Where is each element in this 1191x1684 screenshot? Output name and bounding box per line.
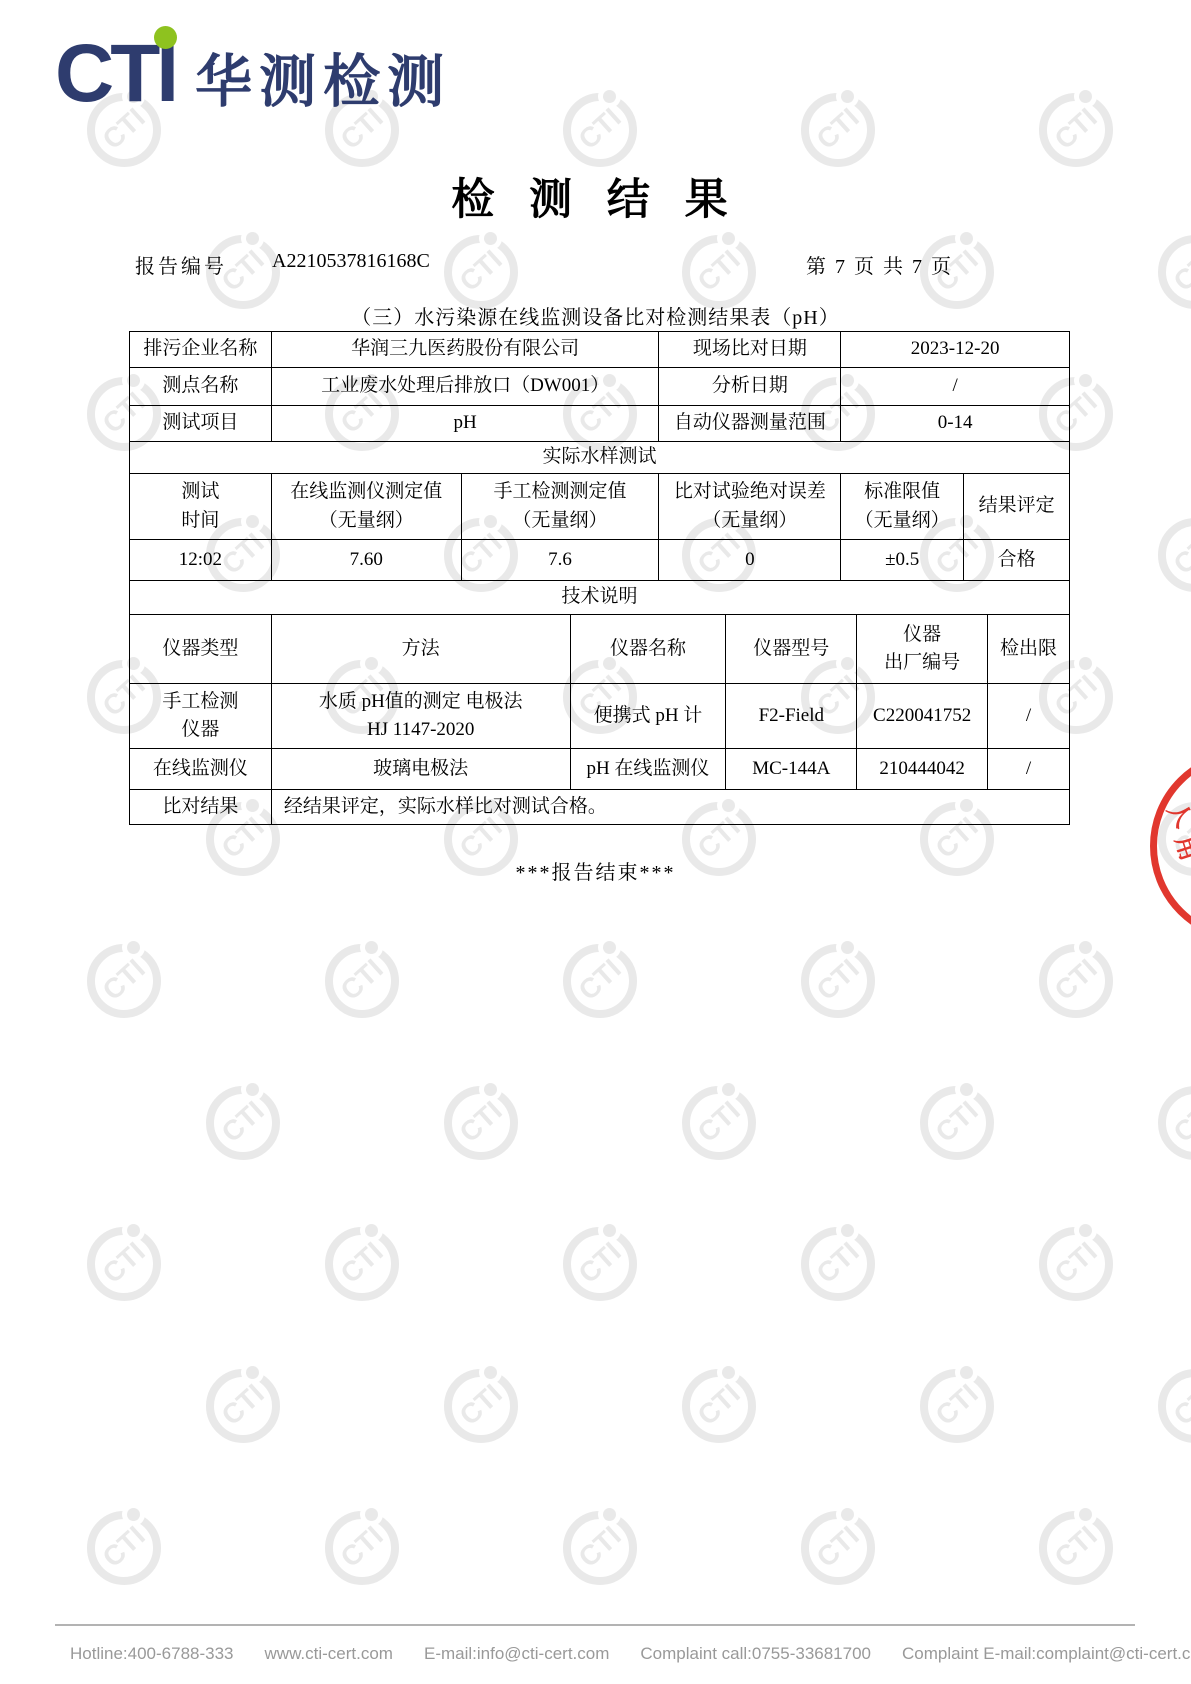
- column-header: 仪器型号: [725, 614, 856, 683]
- cti-logo-green-dot-icon: [154, 26, 177, 49]
- section-band: 技术说明: [129, 580, 1069, 614]
- report-number-value: A2210537816168C: [272, 250, 430, 273]
- comparison-result-label: 比对结果: [129, 789, 271, 824]
- info-label: 分析日期: [658, 367, 840, 405]
- info-label: 排污企业名称: [129, 331, 271, 367]
- info-value: 华润三九医药股份有限公司: [271, 331, 659, 367]
- online-value: 7.60: [271, 539, 461, 580]
- abs-error: 0: [658, 539, 840, 580]
- table-row: 测点名称 工业废水处理后排放口（DW001） 分析日期 /: [129, 367, 1069, 405]
- instrument-model: F2-Field: [725, 683, 856, 748]
- column-header: 检出限: [987, 614, 1069, 683]
- column-header: 手工检测测定值（无量纲）: [461, 473, 659, 539]
- table-row: 技术说明: [129, 580, 1069, 614]
- footer-complaint-call: Complaint call:0755-33681700: [640, 1644, 871, 1664]
- footer-divider: [55, 1624, 1135, 1626]
- section-band: 实际水样测试: [129, 441, 1069, 473]
- info-value: 0-14: [840, 405, 1069, 441]
- report-meta: 报告编号 A2210537816168C 第 7 页 共 7 页: [0, 250, 1191, 280]
- comparison-result-text: 经结果评定，实际水样比对测试合格。: [271, 789, 1069, 824]
- manual-value: 7.6: [461, 539, 659, 580]
- report-number-label: 报告编号: [135, 250, 227, 279]
- measure-time: 12:02: [129, 539, 271, 580]
- column-header: 标准限值（无量纲）: [840, 473, 963, 539]
- report-end-note: ***报告结束***: [0, 856, 1191, 885]
- info-label: 自动仪器测量范围: [658, 405, 840, 441]
- footer-website: www.cti-cert.com: [265, 1644, 393, 1664]
- instrument-serial: 210444042: [856, 748, 987, 789]
- table-row: 实际水样测试: [129, 441, 1069, 473]
- footer: Hotline:400-6788-333 www.cti-cert.com E-…: [70, 1644, 1150, 1664]
- cti-logo-text: CTI: [55, 34, 175, 114]
- column-header: 仪器类型: [129, 614, 271, 683]
- info-value: pH: [271, 405, 659, 441]
- table-row: 比对结果 经结果评定，实际水样比对测试合格。: [129, 789, 1069, 824]
- detection-limit: /: [987, 748, 1069, 789]
- detection-limit: /: [987, 683, 1069, 748]
- instrument-type: 在线监测仪: [129, 748, 271, 789]
- page-title: 检 测 结 果: [0, 166, 1191, 227]
- column-header: 比对试验绝对误差（无量纲）: [658, 473, 840, 539]
- column-header: 仪器名称: [570, 614, 726, 683]
- table-title: （三）水污染源在线监测设备比对检测结果表（pH）: [0, 301, 1191, 330]
- info-label: 现场比对日期: [658, 331, 840, 367]
- info-value: /: [840, 367, 1069, 405]
- method: 水质 pH值的测定 电极法HJ 1147-2020: [271, 683, 570, 748]
- column-header: 仪器出厂编号: [856, 614, 987, 683]
- instrument-name: 便携式 pH 计: [570, 683, 726, 748]
- report-content: CTI 华测检测 检 测 结 果 报告编号 A2210537816168C 第 …: [0, 0, 1191, 1684]
- footer-email: E-mail:info@cti-cert.com: [424, 1644, 609, 1664]
- result-verdict: 合格: [963, 539, 1069, 580]
- table-row: 排污企业名称 华润三九医药股份有限公司 现场比对日期 2023-12-20: [129, 331, 1069, 367]
- red-seal-stamp: 人 用: [1150, 750, 1191, 942]
- instrument-name: pH 在线监测仪: [570, 748, 726, 789]
- info-label: 测试项目: [129, 405, 271, 441]
- page-indicator: 第 7 页 共 7 页: [806, 250, 953, 279]
- footer-complaint-email: Complaint E-mail:complaint@cti-cert.com: [902, 1644, 1191, 1664]
- column-header: 测试时间: [129, 473, 271, 539]
- info-value: 2023-12-20: [840, 331, 1069, 367]
- info-value: 工业废水处理后排放口（DW001）: [271, 367, 659, 405]
- instrument-model: MC-144A: [725, 748, 856, 789]
- instrument-type: 手工检测仪器: [129, 683, 271, 748]
- column-header: 方法: [271, 614, 570, 683]
- table-header-row: 仪器类型 方法 仪器名称 仪器型号 仪器出厂编号 检出限: [129, 614, 1069, 683]
- instrument-serial: C220041752: [856, 683, 987, 748]
- cti-logo: CTI 华测检测: [55, 34, 451, 114]
- footer-hotline: Hotline:400-6788-333: [70, 1644, 234, 1664]
- result-table: 排污企业名称 华润三九医药股份有限公司 现场比对日期 2023-12-20 测点…: [129, 331, 1070, 825]
- table-row: 手工检测仪器 水质 pH值的测定 电极法HJ 1147-2020 便携式 pH …: [129, 683, 1069, 748]
- table-header-row: 测试时间 在线监测仪测定值（无量纲） 手工检测测定值（无量纲） 比对试验绝对误差…: [129, 473, 1069, 539]
- table-row: 在线监测仪 玻璃电极法 pH 在线监测仪 MC-144A 210444042 /: [129, 748, 1069, 789]
- cti-logo-chinese: 华测检测: [195, 52, 451, 112]
- column-header: 在线监测仪测定值（无量纲）: [271, 473, 461, 539]
- method: 玻璃电极法: [271, 748, 570, 789]
- report-page: { "logo": { "cti": "CTI", "cn": "华测检测" }…: [0, 0, 1191, 1684]
- info-label: 测点名称: [129, 367, 271, 405]
- column-header: 结果评定: [963, 473, 1069, 539]
- table-row: 12:02 7.60 7.6 0 ±0.5 合格: [129, 539, 1069, 580]
- table-row: 测试项目 pH 自动仪器测量范围 0-14: [129, 405, 1069, 441]
- limit-value: ±0.5: [840, 539, 963, 580]
